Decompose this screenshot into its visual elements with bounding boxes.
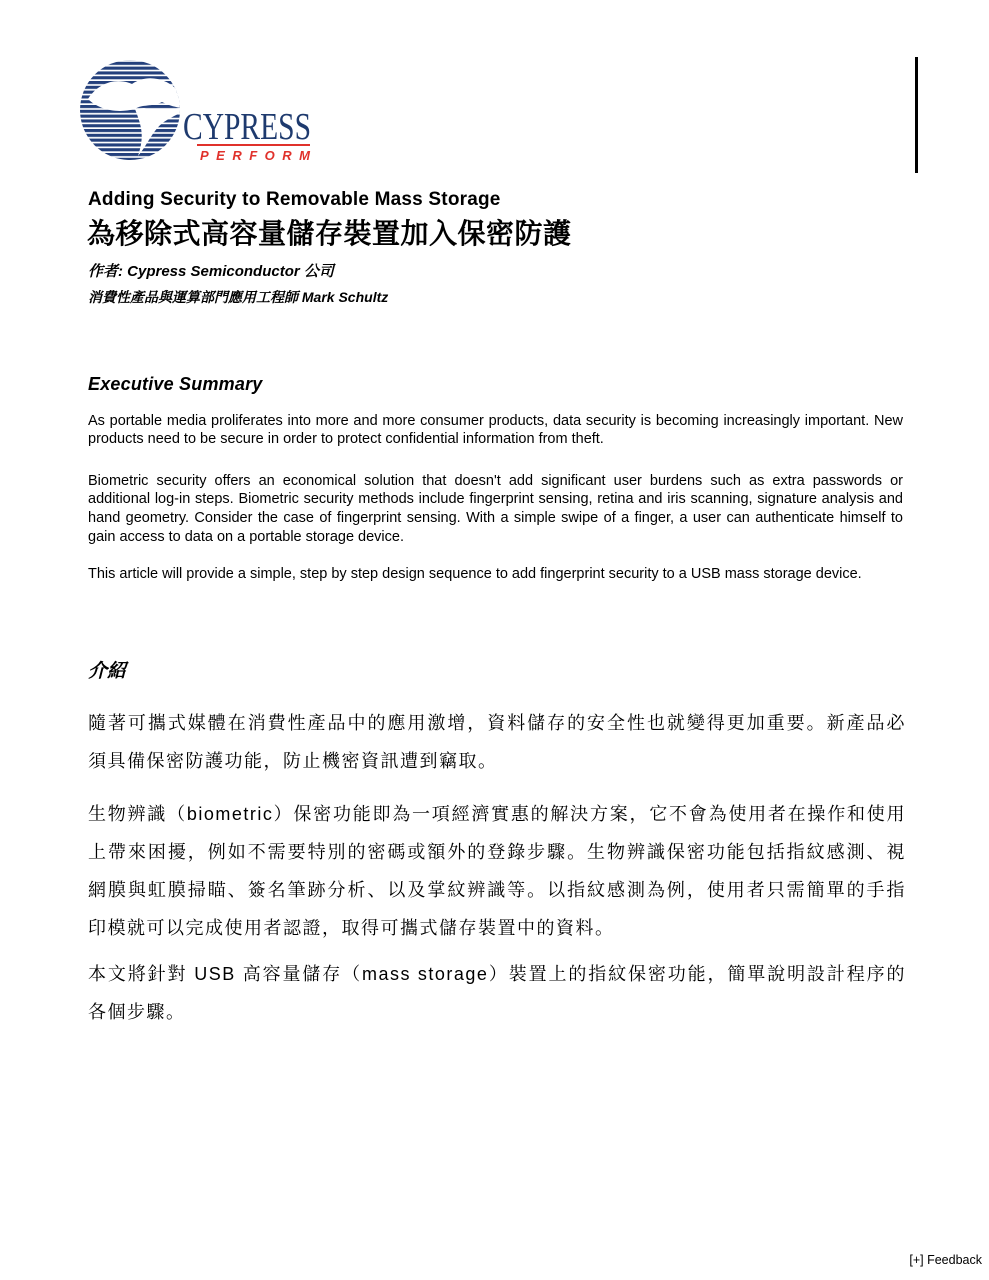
introduction-paragraph-2: 生物辨識（biometric）保密功能即為一項經濟實惠的解決方案，它不會為使用者… xyxy=(88,795,906,947)
document-page: CYPRESS PERFORM Adding Security to Remov… xyxy=(0,0,989,1280)
introduction-paragraph-3: 本文將針對 USB 高容量儲存（mass storage）裝置上的指紋保密功能，… xyxy=(88,955,906,1031)
author-line-1: 作者: Cypress Semiconductor 公司 xyxy=(88,260,334,281)
perform-underline xyxy=(197,144,310,146)
executive-summary-paragraph-2: Biometric security offers an economical … xyxy=(88,472,903,547)
cypress-globe-icon xyxy=(80,60,198,160)
executive-summary-paragraph-3: This article will provide a simple, step… xyxy=(88,565,903,584)
top-right-rule xyxy=(915,57,918,173)
cypress-logo: CYPRESS PERFORM xyxy=(78,57,328,172)
author-line-2: 消費性產品與運算部門應用工程師 Mark Schultz xyxy=(88,287,388,307)
executive-summary-paragraph-1: As portable media proliferates into more… xyxy=(88,412,903,449)
title-chinese: 為移除式高容量儲存裝置加入保密防護 xyxy=(87,212,572,252)
perform-tagline: PERFORM xyxy=(200,148,311,163)
cypress-wordmark: CYPRESS xyxy=(183,106,311,148)
introduction-heading: 介紹 xyxy=(88,656,126,683)
introduction-paragraph-1: 隨著可攜式媒體在消費性產品中的應用激增，資料儲存的安全性也就變得更加重要。新產品… xyxy=(88,704,906,780)
title-english: Adding Security to Removable Mass Storag… xyxy=(88,189,501,211)
feedback-link[interactable]: [+] Feedback xyxy=(909,1253,982,1267)
executive-summary-heading: Executive Summary xyxy=(88,374,263,395)
